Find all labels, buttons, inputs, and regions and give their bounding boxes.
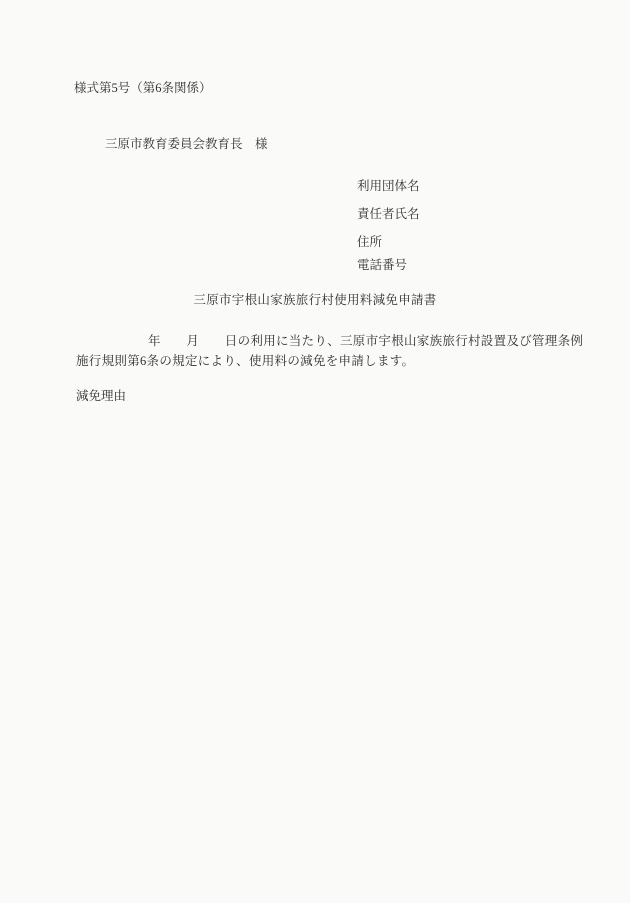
- field-label-address: 住所: [357, 234, 382, 250]
- body-text-line-1: 年 月 日の利用に当たり、三原市宇根山家族旅行村設置及び管理条例: [148, 333, 583, 349]
- document-title: 三原市宇根山家族旅行村使用料減免申請書: [0, 292, 630, 308]
- form-number: 様式第5号（第6条関係）: [74, 80, 212, 96]
- field-label-phone-number: 電話番号: [357, 257, 407, 273]
- body-text-line-2: 施行規則第6条の規定により、使用料の減免を申請します。: [76, 353, 414, 369]
- exemption-reason-label: 減免理由: [76, 388, 126, 404]
- addressee-line: 三原市教育委員会教育長 様: [105, 136, 268, 152]
- fee-exemption-application-form: 様式第5号（第6条関係） 三原市教育委員会教育長 様 利用団体名 責任者氏名 住…: [0, 0, 630, 903]
- field-label-organization-name: 利用団体名: [357, 178, 420, 194]
- field-label-responsible-person-name: 責任者氏名: [357, 206, 420, 222]
